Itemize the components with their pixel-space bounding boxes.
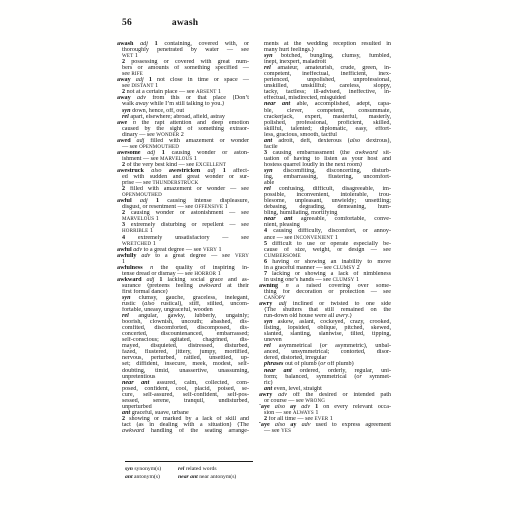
column-left: awash adj 1 containing, covered with, or… bbox=[117, 41, 249, 434]
entry-line: — see YES bbox=[259, 428, 391, 434]
running-head: 56awash bbox=[122, 18, 198, 28]
key-divider-rule bbox=[125, 461, 253, 462]
entry-headword-line: awfully adv to a great degree — see VERY bbox=[117, 253, 249, 259]
column-right: ments at the wedding reception resulted … bbox=[259, 41, 391, 434]
key-item-near-ant: near ant near antonym(s) bbox=[178, 474, 253, 481]
key-item-ant: ant antonym(s) bbox=[125, 474, 178, 481]
entry-line: cause of size, weight, or design — see bbox=[259, 247, 391, 253]
key-grid: syn synonym(s) rel related words ant ant… bbox=[125, 466, 253, 481]
entry-line: ing, embarrassing, flustering, uncomfort… bbox=[259, 174, 391, 180]
entry-line: awkward handling of the seating arrange- bbox=[117, 428, 249, 434]
text-columns: awash adj 1 containing, covered with, or… bbox=[117, 41, 391, 434]
key-item-syn: syn synonym(s) bbox=[125, 466, 178, 473]
scanned-thesaurus-page: 56awash awash adj 1 containing, covered … bbox=[0, 0, 520, 520]
guide-word: awash bbox=[172, 18, 198, 28]
key-item-rel: rel related words bbox=[178, 466, 253, 473]
page-number: 56 bbox=[122, 18, 132, 28]
entry-line: 4 extremely unsatisfactory — see bbox=[117, 235, 249, 241]
entry-line: form; balanced, symmetrical (or symmet- bbox=[259, 374, 391, 380]
entry-line: ant adroit, deft, dexterous (also dextro… bbox=[259, 138, 391, 144]
abbreviation-key: syn synonym(s) rel related words ant ant… bbox=[125, 461, 253, 481]
